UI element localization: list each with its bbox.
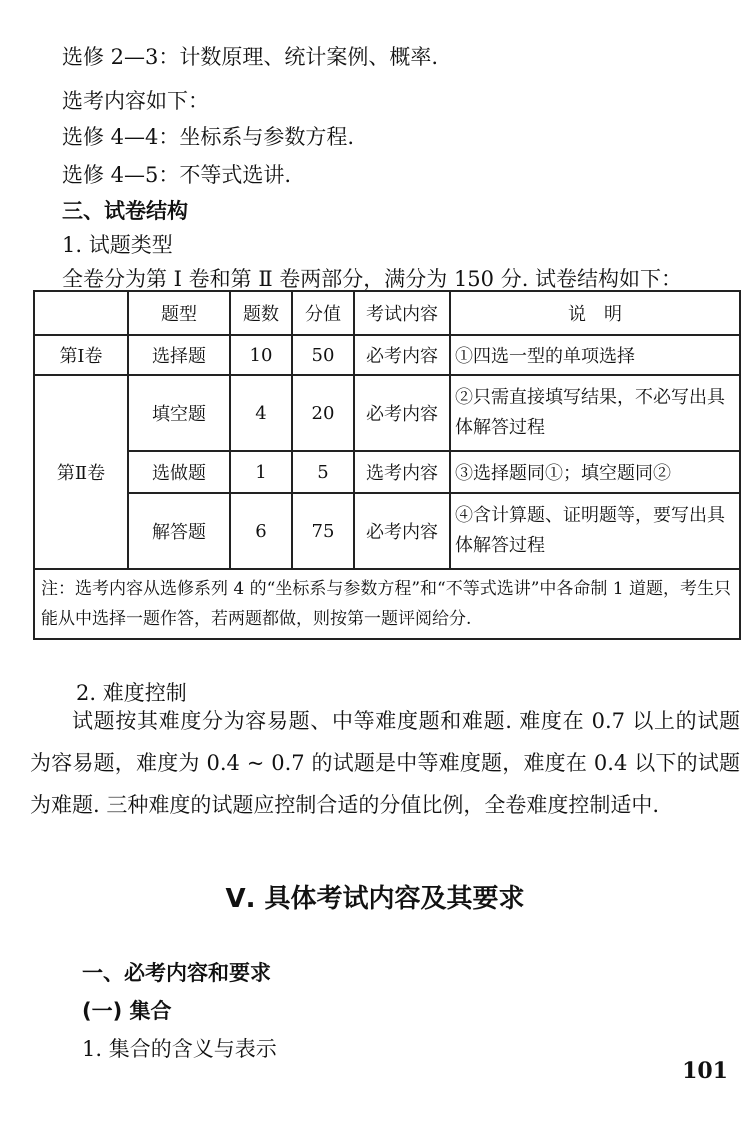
table-note: 注：选考内容从选修系列 4 的“坐标系与参数方程”和“不等式选讲”中各命制 1 … bbox=[34, 569, 740, 639]
header-cell bbox=[34, 291, 128, 335]
score-cell: 50 bbox=[292, 335, 354, 375]
elective-intro-line: 选考内容如下： bbox=[62, 86, 209, 116]
header-cell: 说 明 bbox=[450, 291, 740, 335]
header-cell: 考试内容 bbox=[354, 291, 450, 335]
section-heading-structure: 三、试卷结构 bbox=[62, 196, 188, 226]
content-cell: 必考内容 bbox=[354, 375, 450, 451]
table-note-row: 注：选考内容从选修系列 4 的“坐标系与参数方程”和“不等式选讲”中各命制 1 … bbox=[34, 569, 740, 639]
count-cell: 10 bbox=[230, 335, 292, 375]
subsection-heading-types: 1. 试题类型 bbox=[62, 230, 173, 260]
count-cell: 6 bbox=[230, 493, 292, 569]
chapter-title: Ⅴ. 具体考试内容及其要求 bbox=[0, 878, 750, 915]
desc-cell: ③选择题同①；填空题同② bbox=[450, 451, 740, 493]
desc-cell: ④含计算题、证明题等，要写出具体解答过程 bbox=[450, 493, 740, 569]
table-row: 第Ⅱ卷 填空题 4 20 必考内容 ②只需直接填写结果，不必写出具体解答过程 bbox=[34, 375, 740, 451]
score-cell: 20 bbox=[292, 375, 354, 451]
part-label: 第Ⅱ卷 bbox=[34, 375, 128, 569]
header-cell: 分值 bbox=[292, 291, 354, 335]
desc-cell: ①四选一型的单项选择 bbox=[450, 335, 740, 375]
table-row: 解答题 6 75 必考内容 ④含计算题、证明题等，要写出具体解答过程 bbox=[34, 493, 740, 569]
content-cell: 选考内容 bbox=[354, 451, 450, 493]
subsection-heading-sets: (一) 集合 bbox=[82, 996, 172, 1026]
content-cell: 必考内容 bbox=[354, 493, 450, 569]
elective-4-5-line: 选修 4—5：不等式选讲. bbox=[62, 160, 291, 190]
difficulty-paragraph: 试题按其难度分为容易题、中等难度题和难题. 难度在 0.7 以上的试题为容易题，… bbox=[30, 700, 740, 826]
desc-cell: ②只需直接填写结果，不必写出具体解答过程 bbox=[450, 375, 740, 451]
exam-structure-table: 题型 题数 分值 考试内容 说 明 第Ⅰ卷 选择题 10 50 必考内容 ①四选… bbox=[33, 290, 741, 640]
table-header-row: 题型 题数 分值 考试内容 说 明 bbox=[34, 291, 740, 335]
score-cell: 75 bbox=[292, 493, 354, 569]
count-cell: 4 bbox=[230, 375, 292, 451]
count-cell: 1 bbox=[230, 451, 292, 493]
type-cell: 填空题 bbox=[128, 375, 230, 451]
score-cell: 5 bbox=[292, 451, 354, 493]
table-row: 第Ⅰ卷 选择题 10 50 必考内容 ①四选一型的单项选择 bbox=[34, 335, 740, 375]
item-heading-set-meaning: 1. 集合的含义与表示 bbox=[82, 1034, 277, 1064]
elective-2-3-line: 选修 2—3：计数原理、统计案例、概率. bbox=[62, 42, 438, 72]
table-row: 选做题 1 5 选考内容 ③选择题同①；填空题同② bbox=[34, 451, 740, 493]
type-cell: 解答题 bbox=[128, 493, 230, 569]
header-cell: 题数 bbox=[230, 291, 292, 335]
type-cell: 选做题 bbox=[128, 451, 230, 493]
header-cell: 题型 bbox=[128, 291, 230, 335]
content-cell: 必考内容 bbox=[354, 335, 450, 375]
elective-4-4-line: 选修 4—4：坐标系与参数方程. bbox=[62, 122, 354, 152]
section-heading-required: 一、必考内容和要求 bbox=[82, 958, 271, 988]
type-cell: 选择题 bbox=[128, 335, 230, 375]
page-number: 101 bbox=[682, 1058, 728, 1084]
part-label: 第Ⅰ卷 bbox=[34, 335, 128, 375]
